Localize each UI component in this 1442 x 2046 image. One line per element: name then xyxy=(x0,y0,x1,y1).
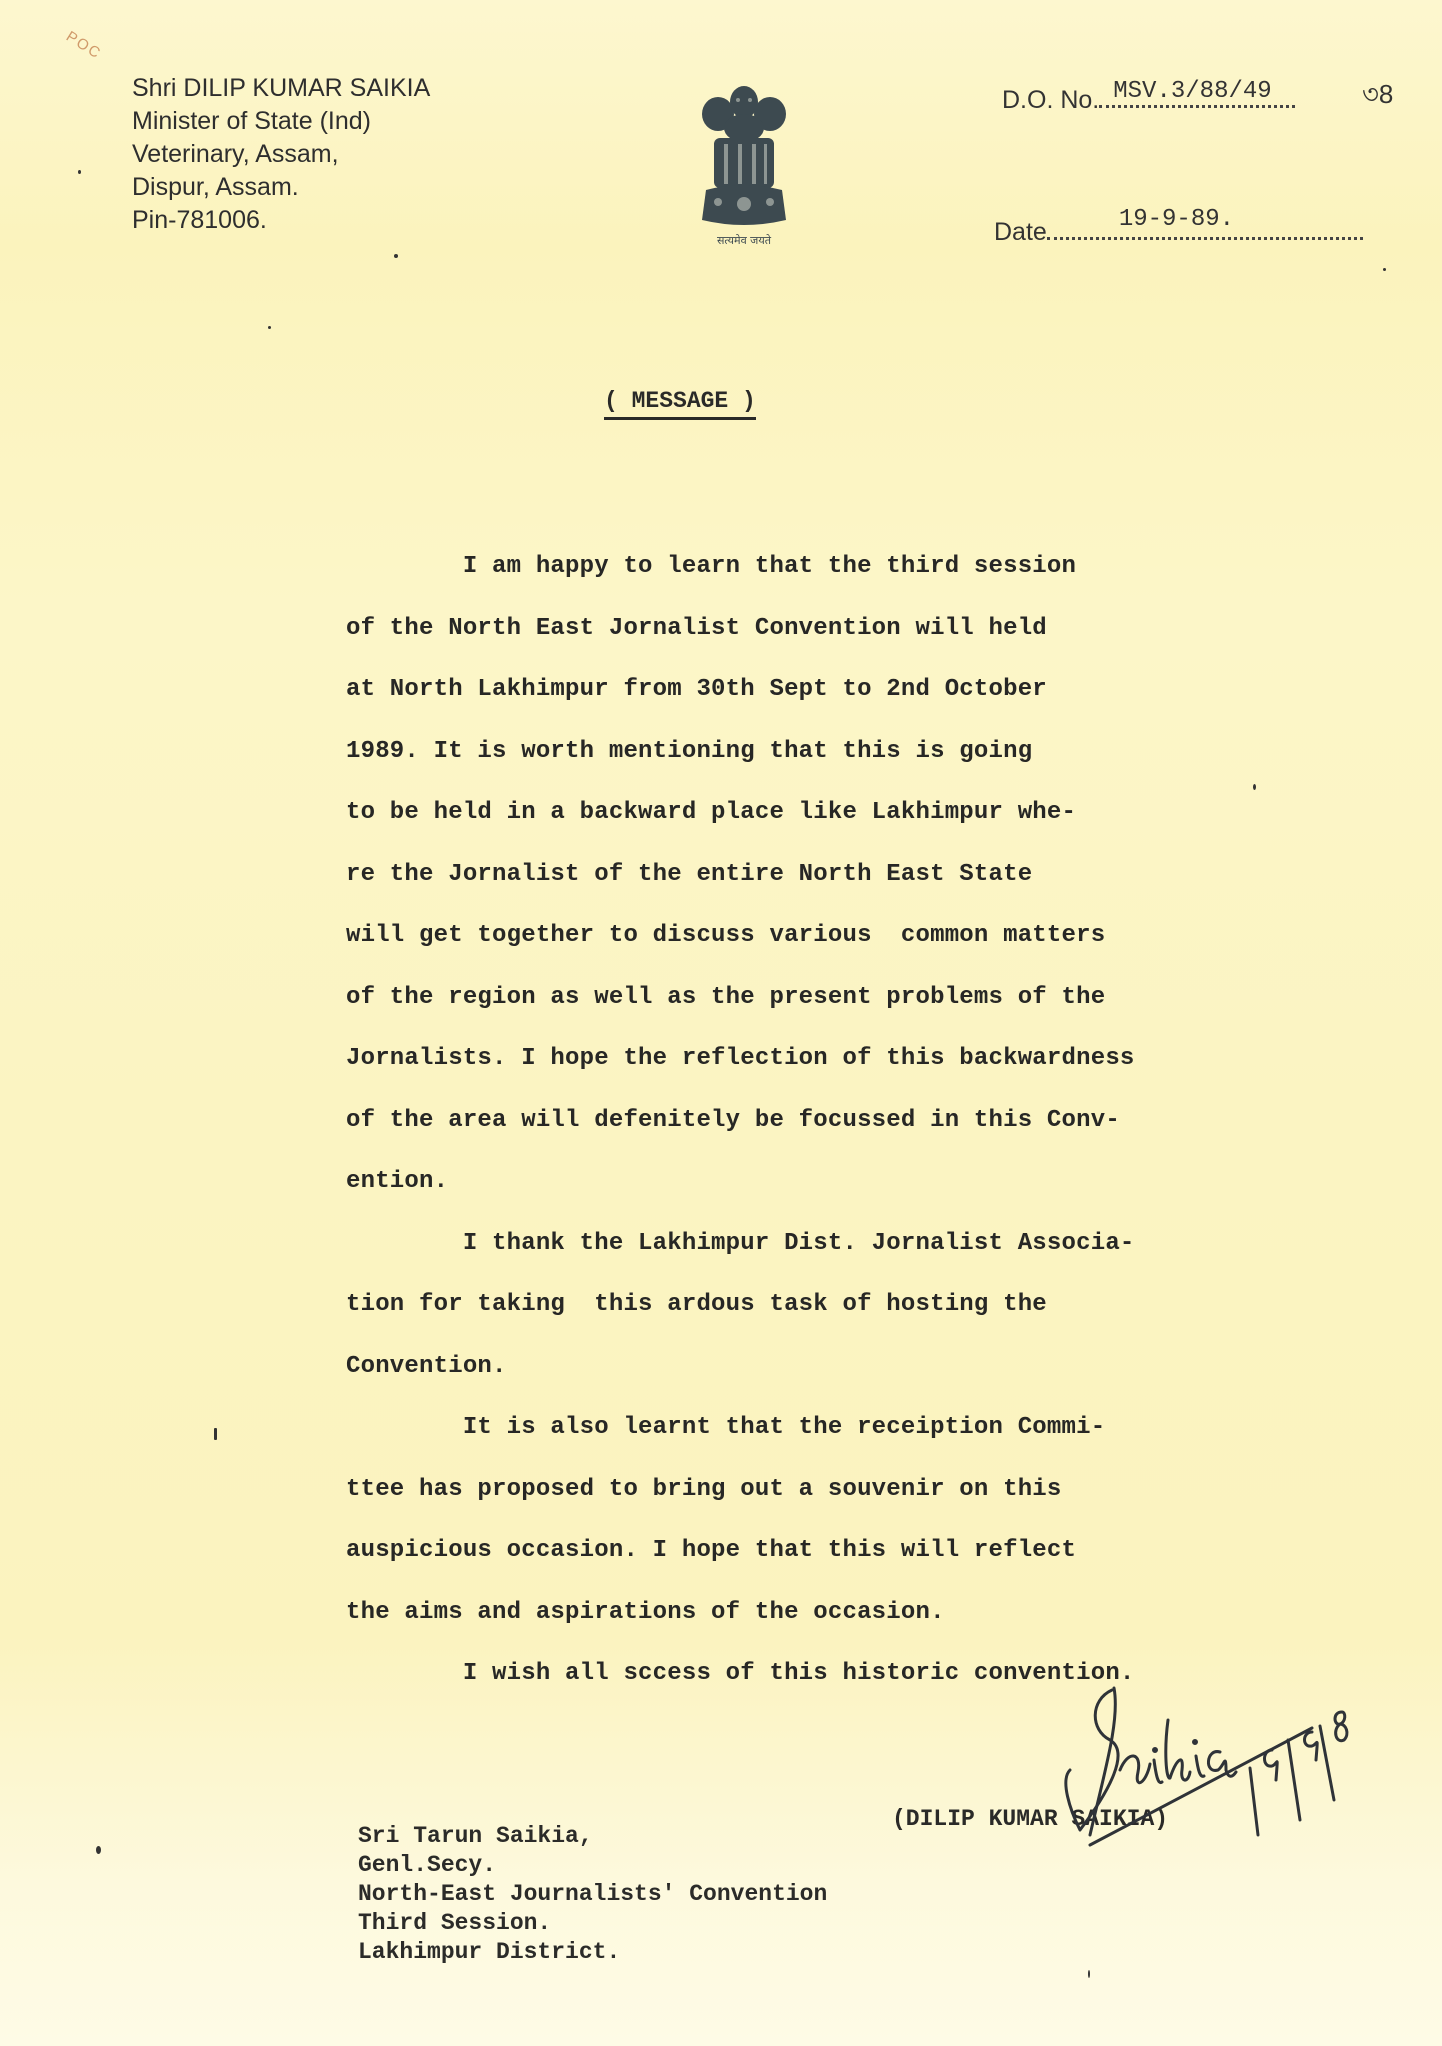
body-line: will get together to discuss various com… xyxy=(346,905,1356,967)
body-line: I am happy to learn that the third sessi… xyxy=(346,536,1356,598)
sender-location: Dispur, Assam. xyxy=(132,171,430,204)
recipient-address: Sri Tarun Saikia, Genl.Secy. North-East … xyxy=(358,1822,827,1967)
body-line: to be held in a backward place like Lakh… xyxy=(346,782,1356,844)
body-line: Jornalists. I hope the reflection of thi… xyxy=(346,1028,1356,1090)
body-line: of the region as well as the present pro… xyxy=(346,967,1356,1029)
recipient-session: Third Session. xyxy=(358,1909,827,1938)
paper-speck xyxy=(96,1846,101,1854)
recipient-district: Lakhimpur District. xyxy=(358,1938,827,1967)
date-value: 19-9-89. xyxy=(1119,206,1234,233)
paper-speck xyxy=(1383,268,1386,271)
do-label: D.O. No. xyxy=(1002,86,1099,114)
body-line: of the North East Jornalist Convention w… xyxy=(346,598,1356,660)
do-value: MSV.3/88/49 xyxy=(1113,78,1271,105)
sender-designation: Minister of State (Ind) xyxy=(132,105,430,138)
paper-speck xyxy=(394,254,398,258)
body-line: auspicious occasion. I hope that this wi… xyxy=(346,1520,1356,1582)
body-line: It is also learnt that the receiption Co… xyxy=(346,1397,1356,1459)
paper-speck xyxy=(1253,784,1256,790)
sender-department: Veterinary, Assam, xyxy=(132,138,430,171)
body-line: Convention. xyxy=(346,1336,1356,1398)
date-field: Date 19-9-89. xyxy=(994,218,1363,247)
handwritten-signature xyxy=(1050,1660,1350,1860)
body-line: of the area will defenitely be focussed … xyxy=(346,1090,1356,1152)
date-label: Date xyxy=(994,218,1047,246)
body-line: at North Lakhimpur from 30th Sept to 2nd… xyxy=(346,659,1356,721)
body-line: ttee has proposed to bring out a souveni… xyxy=(346,1459,1356,1521)
letterhead-sender: Shri DILIP KUMAR SAIKIA Minister of Stat… xyxy=(132,72,430,237)
body-line: 1989. It is worth mentioning that this i… xyxy=(346,721,1356,783)
corner-mark: ৩8 xyxy=(1362,74,1393,118)
message-body: I am happy to learn that the third sessi… xyxy=(346,536,1356,1705)
do-number-field: D.O. No. MSV.3/88/49 xyxy=(1002,86,1295,115)
sender-name: Shri DILIP KUMAR SAIKIA xyxy=(132,72,430,105)
recipient-organization: North-East Journalists' Convention xyxy=(358,1880,827,1909)
recipient-name: Sri Tarun Saikia, xyxy=(358,1822,827,1851)
body-line: the aims and aspirations of the occasion… xyxy=(346,1582,1356,1644)
sender-pin: Pin-781006. xyxy=(132,204,430,237)
message-heading: ( MESSAGE ) xyxy=(604,388,756,420)
state-emblem-icon: सत्यमेव जयते xyxy=(694,80,794,250)
paper-speck xyxy=(214,1428,217,1440)
body-line: ention. xyxy=(346,1151,1356,1213)
stamp-mark: POC xyxy=(63,28,105,63)
recipient-title: Genl.Secy. xyxy=(358,1851,827,1880)
paper-speck xyxy=(1088,1970,1090,1978)
svg-text:सत्यमेव जयते: सत्यमेव जयते xyxy=(717,234,772,247)
paper-speck xyxy=(78,170,81,174)
paper-speck xyxy=(268,326,271,329)
body-line: re the Jornalist of the entire North Eas… xyxy=(346,844,1356,906)
body-line: tion for taking this ardous task of host… xyxy=(346,1274,1356,1336)
body-line: I thank the Lakhimpur Dist. Jornalist As… xyxy=(346,1213,1356,1275)
